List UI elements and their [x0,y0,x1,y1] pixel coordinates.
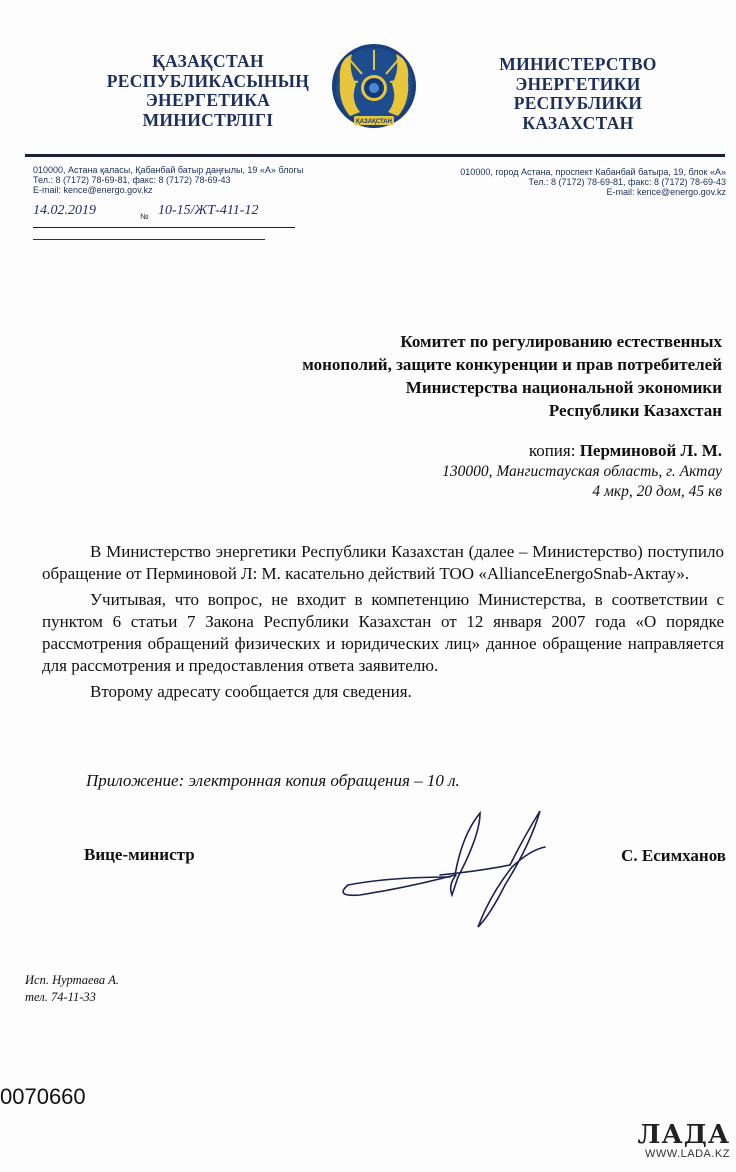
addressee-line: монополий, защите конкуренции и прав пот… [302,353,722,376]
letterhead-line: МИНИСТРЛІГІ [68,111,348,131]
addressee-line: Министерства национальной экономики [302,376,722,399]
attachment-note: Приложение: электронная копия обращения … [86,771,460,791]
handwritten-signature-icon [330,805,560,935]
address-line: 010000, Астана қаласы, Қабанбай батыр да… [33,165,303,175]
emblem-inscription: ҚАЗАҚСТАН [356,119,392,125]
address-russian: 010000, город Астана, проспект Кабанбай … [460,167,726,197]
copy-name: Перминовой Л. М. [580,441,722,460]
letterhead-line: ЭНЕРГЕТИКИ [478,75,678,95]
address-line: 010000, город Астана, проспект Кабанбай … [460,167,726,177]
letterhead-title-kazakh: ҚАЗАҚСТАН РЕСПУБЛИКАСЫНЫҢ ЭНЕРГЕТИКА МИН… [68,52,348,130]
body-paragraph: Учитывая, что вопрос, не входит в компет… [42,589,724,677]
address-line: Тел.: 8 (7172) 78-69-81, факс: 8 (7172) … [460,177,726,187]
letter-body: В Министерство энергетики Республики Каз… [42,541,724,707]
address-line: Тел.: 8 (7172) 78-69-81, факс: 8 (7172) … [33,175,303,185]
address-line: E-mail: kence@energo.gov.kz [33,185,303,195]
watermark-logo: ЛАДА [638,1122,730,1148]
registration-number: 10-15/ЖТ-411-12 [158,203,258,219]
signatory-name: С. Есимханов [621,846,726,866]
addressee-block: Комитет по регулированию естественных мо… [302,330,722,422]
addressee-line: Комитет по регулированию естественных [302,330,722,353]
executor-phone: тел. 74-11-33 [25,989,119,1006]
watermark: ЛАДА WWW.LADA.KZ [638,1122,730,1160]
registration-number-label: № [140,212,149,221]
copy-address-line: 4 мкр, 20 дом, 45 кв [442,482,722,502]
copy-label: копия: [529,441,576,460]
executor-info: Исп. Нуртаева А. тел. 74-11-33 [25,972,119,1006]
address-kazakh: 010000, Астана қаласы, Қабанбай батыр да… [33,165,303,195]
signatory-role: Вице-министр [84,845,195,865]
addressee-line: Республики Казахстан [302,399,722,422]
copy-recipient: копия: Перминовой Л. М. 130000, Мангиста… [442,440,722,502]
registration-date: 14.02.2019 [33,203,96,219]
document-number: 0070660 [0,1084,86,1110]
letterhead-line: ЭНЕРГЕТИКА [68,91,348,111]
letterhead-line: КАЗАХСТАН [478,114,678,134]
letterhead-line: РЕСПУБЛИКИ [478,94,678,114]
reference-line [33,239,265,240]
letterhead-title-russian: МИНИСТЕРСТВО ЭНЕРГЕТИКИ РЕСПУБЛИКИ КАЗАХ… [478,55,678,133]
letterhead-line: МИНИСТЕРСТВО [478,55,678,75]
body-paragraph: Второму адресату сообщается для сведения… [42,681,724,703]
letterhead-divider [25,154,725,157]
letterhead-line: ҚАЗАҚСТАН [68,52,348,72]
state-emblem-icon: ҚАЗАҚСТАН [330,40,418,134]
executor-name: Исп. Нуртаева А. [25,972,119,989]
watermark-url: WWW.LADA.KZ [638,1148,730,1160]
letterhead-line: РЕСПУБЛИКАСЫНЫҢ [68,72,348,92]
body-paragraph: В Министерство энергетики Республики Каз… [42,541,724,585]
address-line: E-mail: kence@energo.gov.kz [460,187,726,197]
copy-address-line: 130000, Мангистауская область, г. Актау [442,462,722,482]
